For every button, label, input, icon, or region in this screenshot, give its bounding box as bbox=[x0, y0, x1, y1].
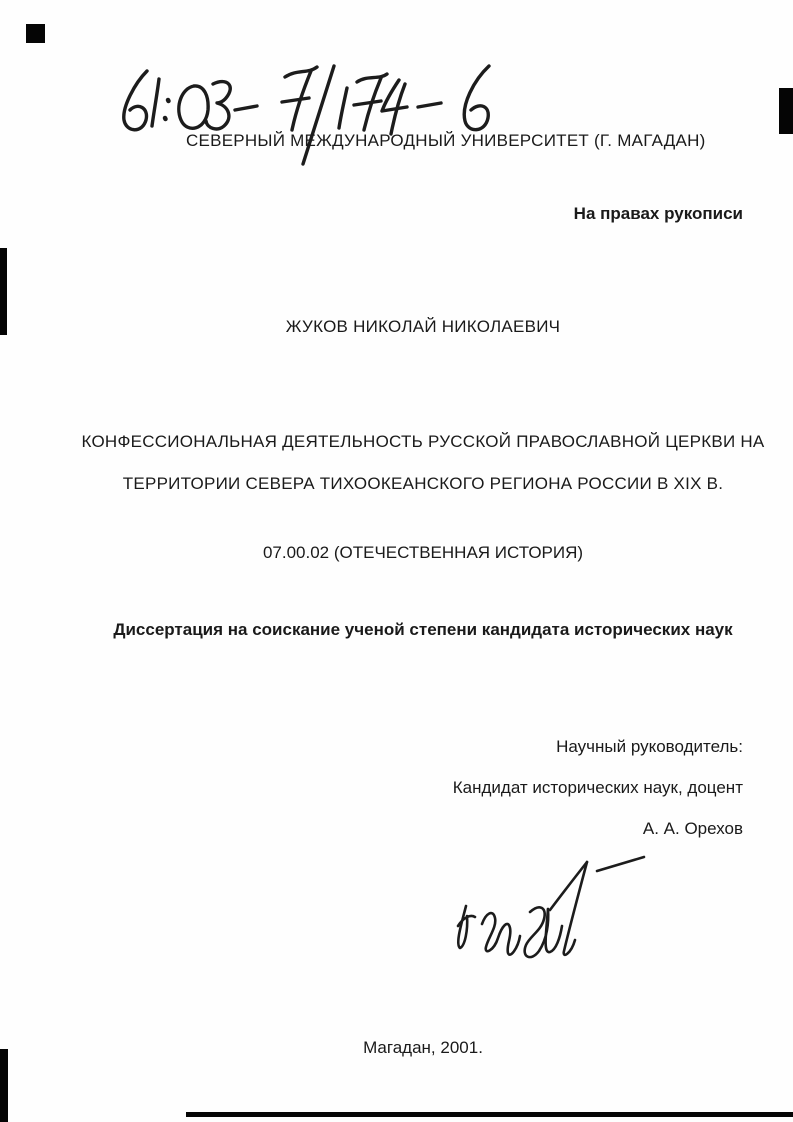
advisor-label: Научный руководитель: bbox=[556, 737, 743, 757]
scan-artifact-right-mark bbox=[779, 88, 793, 134]
handwriting-strokes bbox=[105, 55, 575, 173]
dissertation-title-line-2: ТЕРРИТОРИИ СЕВЕРА ТИХООКЕАНСКОГО РЕГИОНА… bbox=[54, 474, 792, 494]
advisor-name: А. А. Орехов bbox=[643, 819, 743, 839]
scan-artifact-bottom-line bbox=[186, 1112, 793, 1117]
dissertation-title-line-1: КОНФЕССИОНАЛЬНАЯ ДЕЯТЕЛЬНОСТЬ РУССКОЙ ПР… bbox=[54, 432, 792, 452]
scan-artifact-bottom-left-bar bbox=[0, 1049, 8, 1122]
advisor-credentials: Кандидат исторических наук, доцент bbox=[453, 778, 743, 798]
dissertation-title-page: 61:03-7/174-6 bbox=[0, 0, 793, 1122]
degree-statement: Диссертация на соискание ученой степени … bbox=[54, 620, 792, 640]
imprint-city-year: Магадан, 2001. bbox=[54, 1038, 792, 1058]
scan-artifact-left-bar bbox=[0, 248, 7, 335]
advisor-signature bbox=[450, 846, 650, 966]
specialty-code: 07.00.02 (ОТЕЧЕСТВЕННАЯ ИСТОРИЯ) bbox=[54, 543, 792, 563]
scan-artifact-top-left-square bbox=[26, 24, 45, 43]
manuscript-rights-note: На правах рукописи bbox=[574, 204, 743, 224]
author-name: ЖУКОВ НИКОЛАЙ НИКОЛАЕВИЧ bbox=[54, 317, 792, 337]
